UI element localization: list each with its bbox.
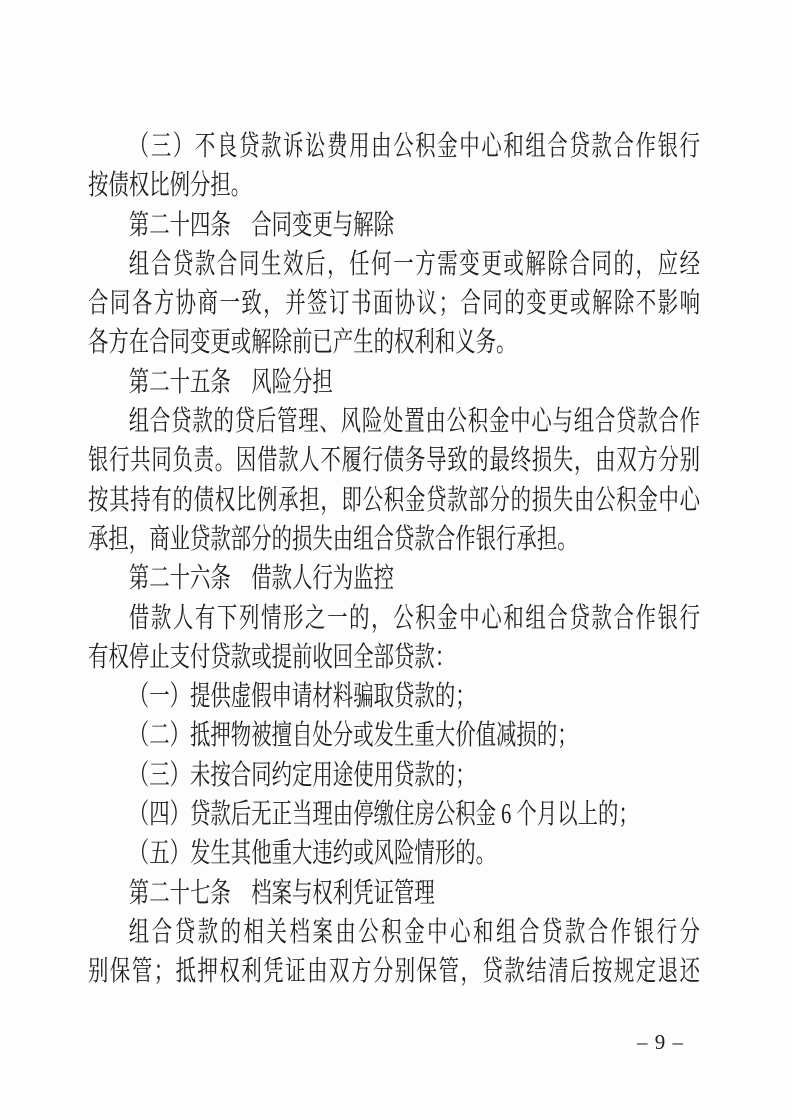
paragraph-line: 按其持有的债权比例承担，即公积金贷款部分的损失由公积金中心 xyxy=(88,481,700,520)
paragraph-line: 银行共同负责。因借款人不履行债务导致的最终损失，由双方分别 xyxy=(88,441,700,480)
list-item-line: （五）发生其他重大违约或风险情形的。 xyxy=(88,834,700,873)
page-number: – 9 – xyxy=(637,1030,684,1055)
list-item-line: （三）未按合同约定用途使用贷款的； xyxy=(88,756,700,795)
paragraph-line: 承担，商业贷款部分的损失由组合贷款合作银行承担。 xyxy=(88,520,700,559)
paragraph-line: 组合贷款合同生效后，任何一方需变更或解除合同的，应经 xyxy=(88,245,700,284)
document-page: （三）不良贷款诉讼费用由公积金中心和组合贷款合作银行 按债权比例分担。 第二十四… xyxy=(0,0,792,1120)
article-heading: 第二十四条 合同变更与解除 xyxy=(88,206,700,245)
list-item-line: （二）抵押物被擅自处分或发生重大价值减损的； xyxy=(88,716,700,755)
document-body: （三）不良贷款诉讼费用由公积金中心和组合贷款合作银行 按债权比例分担。 第二十四… xyxy=(88,127,700,992)
paragraph-line: 合同各方协商一致，并签订书面协议；合同的变更或解除不影响 xyxy=(88,284,700,323)
paragraph-line: 各方在合同变更或解除前已产生的权利和义务。 xyxy=(88,323,700,362)
list-item-line: （三）不良贷款诉讼费用由公积金中心和组合贷款合作银行 xyxy=(88,127,700,166)
list-item-line: （一）提供虚假申请材料骗取贷款的； xyxy=(88,677,700,716)
paragraph-line: 别保管；抵押权利凭证由双方分别保管，贷款结清后按规定退还 xyxy=(88,952,700,991)
paragraph-line: 组合贷款的贷后管理、风险处置由公积金中心与组合贷款合作 xyxy=(88,402,700,441)
paragraph-line: 有权停止支付贷款或提前收回全部贷款： xyxy=(88,638,700,677)
article-heading: 第二十五条 风险分担 xyxy=(88,363,700,402)
list-item-line: （四）贷款后无正当理由停缴住房公积金 6 个月以上的； xyxy=(88,795,700,834)
paragraph-line: 组合贷款的相关档案由公积金中心和组合贷款合作银行分 xyxy=(88,913,700,952)
paragraph-line: 按债权比例分担。 xyxy=(88,166,700,205)
article-heading: 第二十七条 档案与权利凭证管理 xyxy=(88,874,700,913)
article-heading: 第二十六条 借款人行为监控 xyxy=(88,559,700,598)
paragraph-line: 借款人有下列情形之一的，公积金中心和组合贷款合作银行 xyxy=(88,599,700,638)
